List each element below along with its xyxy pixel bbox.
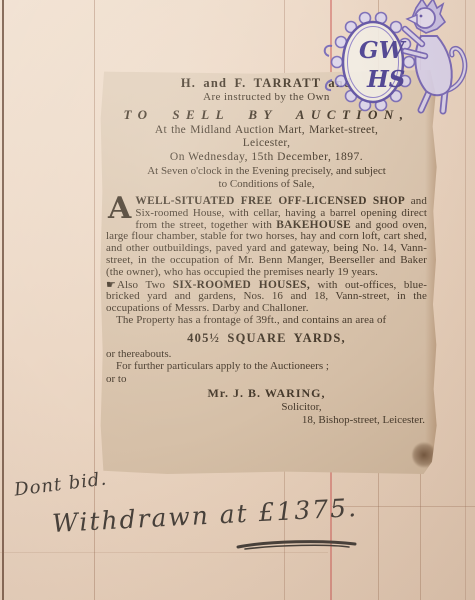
ruled-line-horizontal — [0, 552, 328, 553]
time-line: At Seven o'clock in the Evening precisel… — [106, 165, 427, 178]
area-line: 405½ SQUARE YARDS, — [106, 330, 427, 346]
apply-line: For further particulars apply to the Auc… — [106, 360, 427, 373]
heraldic-lion-icon — [405, 0, 465, 111]
gwhs-crest-icon: GW HS — [318, 0, 475, 128]
ledger-page: H. and F. TARRATT and Are instructed by … — [0, 0, 475, 600]
lot1-headline-text: WELL-SITUATED FREE OFF-LICENSED SHOP — [135, 195, 405, 207]
crest-monogram-bottom: HS — [366, 66, 405, 93]
lot1-paragraph: AWELL-SITUATED FREE OFF-LICENSED SHOP an… — [106, 196, 427, 279]
contact-role: Solicitor, — [106, 401, 427, 414]
frontage-paragraph: The Property has a frontage of 39ft., an… — [106, 315, 427, 327]
lot2-headline-text: SIX-ROOMED HOUSES, — [173, 279, 310, 291]
ink-stain — [412, 442, 436, 468]
apply-line: or to — [106, 373, 427, 386]
lot2-paragraph: ☛Also Two SIX-ROOMED HOUSES, with out-of… — [106, 279, 427, 315]
contact-address: 18, Bishop-street, Leicester. — [106, 414, 427, 427]
underline-flourish — [236, 539, 358, 551]
manicule-icon: ☛ — [106, 278, 116, 291]
time-line: to Conditions of Sale, — [106, 178, 427, 191]
crest-cartouche: GW HS — [325, 13, 415, 111]
dropcap-letter: A — [108, 198, 131, 220]
date-line: On Wednesday, 15th December, 1897. — [106, 150, 427, 165]
venue-line: Leicester, — [106, 137, 427, 150]
thereabouts-line: or thereabouts. — [106, 348, 427, 361]
lot2-body-text: Also Two — [117, 279, 173, 291]
page-edge-line — [2, 0, 4, 600]
lot1-bakehouse-text: BAKEHOUSE — [276, 219, 351, 231]
handwriting-note-2: Withdrawn at £1375. — [51, 493, 358, 538]
newspaper-clipping: H. and F. TARRATT and Are instructed by … — [100, 70, 437, 474]
crest-monogram-top: GW — [359, 37, 407, 64]
contact-name: Mr. J. B. WARING, — [106, 386, 427, 401]
